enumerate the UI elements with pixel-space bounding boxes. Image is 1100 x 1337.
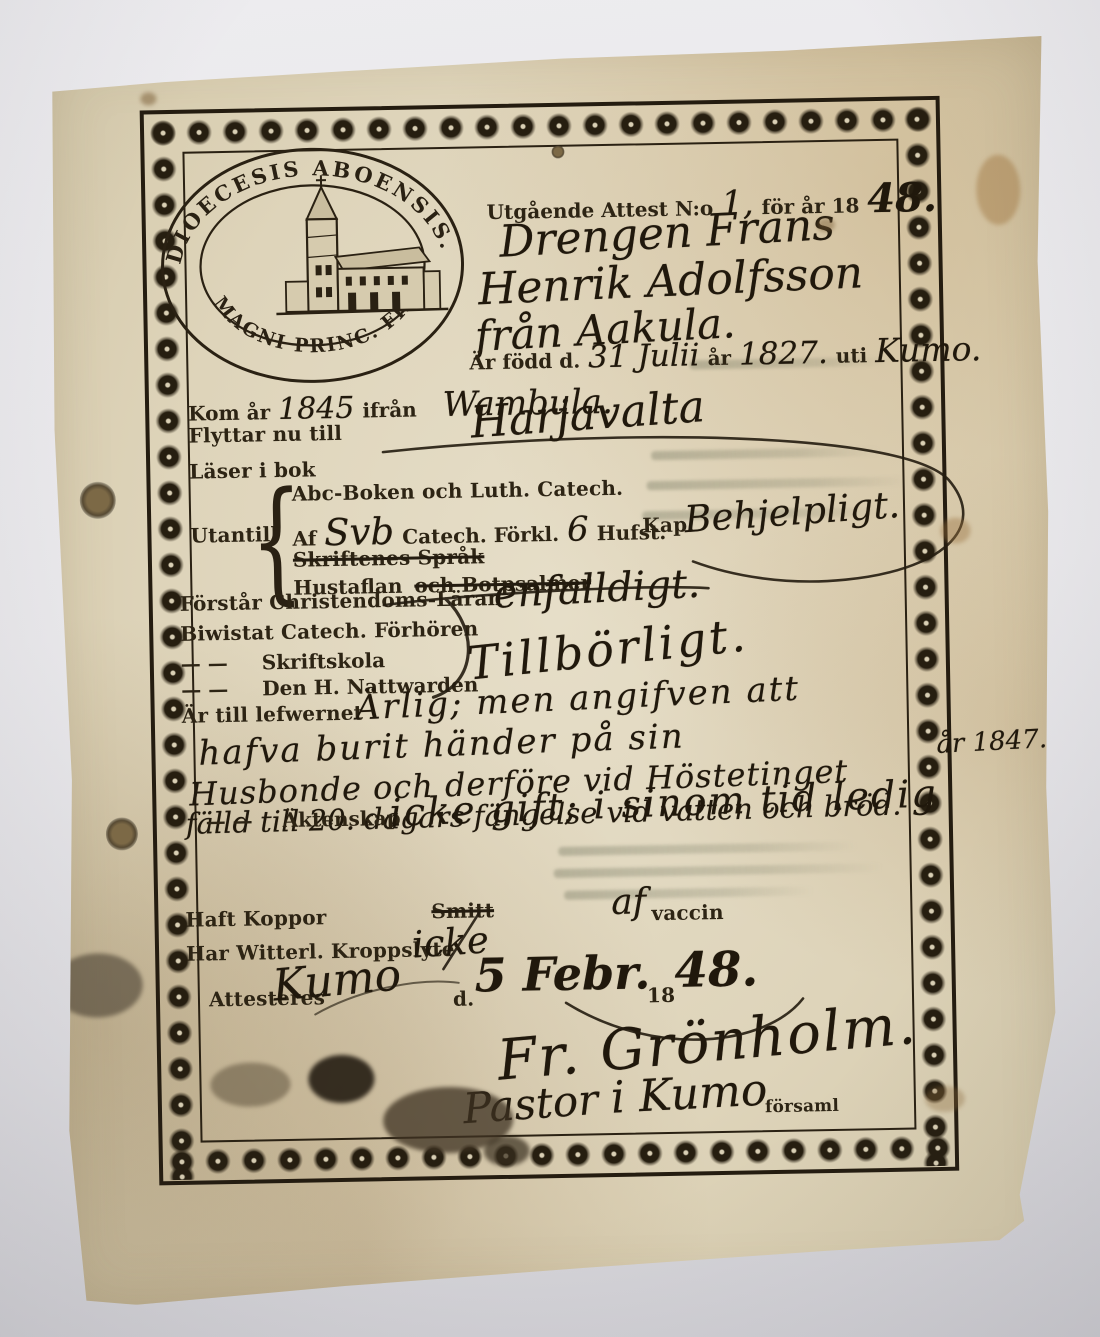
flyttar-label: Flyttar nu till xyxy=(188,421,342,448)
born-label: Är född d. xyxy=(469,348,580,374)
born-uti-label: uti xyxy=(836,343,868,368)
koppor-label: Haft Koppor xyxy=(185,905,326,932)
aktenskap-label: Äktenskap xyxy=(282,806,400,832)
punch-hole xyxy=(106,817,139,852)
item2-number-handwritten: 6 xyxy=(567,509,589,549)
attest-paper-sheet: DIOECESIS ABOENSIS. MAGNI PRINC. FINL. xyxy=(44,36,1067,1306)
skriftskola-label: Skriftskola xyxy=(262,648,386,674)
pastor-place-handwritten: i Kumo xyxy=(610,1064,769,1123)
ifran-label: ifrån xyxy=(362,397,417,422)
forsaml-label: församl xyxy=(765,1096,839,1117)
born-place-handwritten: Kumo. xyxy=(875,329,982,370)
af-handwritten: af xyxy=(611,881,647,923)
born-date-handwritten: 31 Julii xyxy=(588,337,700,375)
year-prefix-printed: 18 xyxy=(647,983,676,1008)
attest-year-handwritten: 48. xyxy=(867,174,937,222)
skriftskola-row: — — Skriftskola xyxy=(181,648,386,676)
photograph-of-document: DIOECESIS ABOENSIS. MAGNI PRINC. FINL. xyxy=(0,0,1100,1337)
foxing-stain xyxy=(940,517,970,544)
foxing-stain xyxy=(925,1086,965,1113)
ditto-dashes: — — xyxy=(181,651,228,676)
ditto-dashes: — — xyxy=(181,677,228,702)
born-year-label: år xyxy=(707,346,731,370)
punch-hole xyxy=(79,481,116,520)
year-handwritten: 48. xyxy=(674,941,759,999)
utantill-item3-struck: Skriftenes Språk xyxy=(293,544,485,572)
lefwernet-label: Är till lefwernet xyxy=(182,701,364,728)
born-year-handwritten: 1827. xyxy=(739,335,828,373)
aktenskap-row: — — Äktenskap xyxy=(205,806,400,834)
foxing-stain xyxy=(293,43,319,63)
diocese-seal: DIOECESIS ABOENSIS. MAGNI PRINC. FINL. xyxy=(155,143,469,389)
vaccin-label: vaccin xyxy=(651,900,724,925)
attest-date-handwritten: 5 Febr. xyxy=(474,945,651,1002)
margin-note-handwritten: år 1847. xyxy=(936,724,1048,760)
d-label: d. xyxy=(453,987,475,1011)
edge-stain xyxy=(52,953,143,1019)
foxing-stain xyxy=(140,92,156,105)
ditto-dashes: — — xyxy=(205,809,252,834)
foxing-stain xyxy=(976,154,1021,225)
